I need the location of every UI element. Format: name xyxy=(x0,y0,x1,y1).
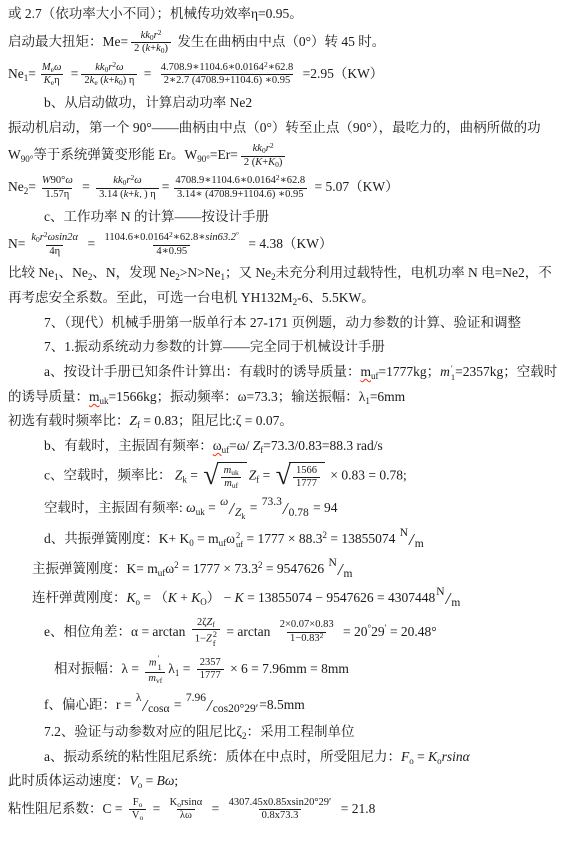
italic-variable: kk xyxy=(95,62,104,73)
formula-n: N=k0r2ωsin2α4η = 1104.6∗0.01642∗62.8∗sin… xyxy=(4,232,572,258)
step-b-loaded-frequency: b、有载时，主振固有频率：ωuf=ω/ Zf=73.3/0.83=88.3 ra… xyxy=(4,437,572,456)
w90-energy: W90°等于系统弹簧变形能 Er。W90°=Er=kk0r22 (K+K0) xyxy=(4,143,572,169)
fraction-denominator: 2ke (k+k0) η xyxy=(81,74,137,88)
fraction: kk0r2ω2ke (k+k0) η xyxy=(81,62,137,88)
italic-variable: F xyxy=(401,749,409,764)
italic-variable: ω xyxy=(134,175,141,186)
slanted-numerator: ω xyxy=(220,495,228,511)
spellcheck-underline: ωuf xyxy=(213,438,229,453)
italic-variable: ω xyxy=(220,496,228,508)
subscript: uf xyxy=(371,371,379,381)
fraction-denominator: 3.14∗ (4708.9+1104.6) ∗0.95 xyxy=(174,188,307,202)
slanted-fraction: 73.3/0.78 xyxy=(262,497,309,520)
subscript: 2 xyxy=(175,272,180,282)
formula-ne1: Ne1=MeωKeη =kk0r2ω2ke (k+k0) η = 4.708.9… xyxy=(4,62,572,88)
italic-variable: K xyxy=(191,590,200,605)
italic-variable: sin63.2 xyxy=(205,232,236,243)
fraction-denominator: 2∗2.7 (4708.9+1104.6) ∗0.95 xyxy=(161,74,294,88)
slanted-numerator: 73.3 xyxy=(262,495,282,511)
fraction-denominator: muf xyxy=(221,477,241,491)
efficiency-note: 或 2.7（依功率大小不同）；机械传功效率η=0.95。 xyxy=(4,5,572,24)
stacked-sub: 1 xyxy=(158,663,162,672)
step-d-resonance-stiffness: d、共振弹簧刚度：K+ K0 = mufω2uf = 1777 × 88.32 … xyxy=(4,528,572,551)
italic-variable: kk xyxy=(141,30,150,41)
slanted-fraction: N/m xyxy=(400,528,424,551)
fraction-numerator: Meω xyxy=(39,62,65,75)
connecting-rod-stiffness: 连杆弹黄刚度：Ko = （K + KO） − K = 13855074 − 95… xyxy=(4,587,572,610)
slanted-denominator: cos20°29′ xyxy=(213,702,258,718)
section-7-heading: 7、（现代）机械手册第一版单行本 27-171 页例题，动力参数的计算、验证和调… xyxy=(4,314,572,333)
spellcheck-underline: muf xyxy=(361,364,379,379)
slanted-fraction: N/m xyxy=(436,587,460,610)
italic-variable: K xyxy=(44,75,51,86)
subscript: uf xyxy=(158,568,166,578)
slanted-denominator: m xyxy=(415,537,424,553)
slanted-denominator: Zk xyxy=(235,506,245,522)
startup-description: 振动机启动，第一个 90°——曲柄由中点（0°）转至止点（90°），最吃力的，曲… xyxy=(4,119,572,138)
subscript: 1 xyxy=(220,272,225,282)
fraction-denominator: 1777 xyxy=(197,669,224,683)
subscript: 0 xyxy=(119,78,123,87)
superscript: 2 xyxy=(270,141,274,150)
italic-variable: ω xyxy=(186,500,196,515)
subscript: 2 xyxy=(293,297,298,307)
slanted-numerator: N xyxy=(400,526,408,542)
step-c-unloaded-ratio: c、空载时，频率比： Zk = √mukmufZf = √15661777 × … xyxy=(4,462,572,491)
subscript: 0 xyxy=(189,538,194,548)
comparison-1: 比较 Ne1、Ne2、N，发现 Ne2>N>Ne1；又 Ne2未充分利用过载特性… xyxy=(4,264,572,283)
subscript: 90° xyxy=(197,154,210,164)
fraction-denominator: 1777 xyxy=(293,477,320,491)
fraction-numerator: 1566 xyxy=(293,465,320,478)
subscript: 0 xyxy=(275,160,279,169)
italic-variable: Bω xyxy=(157,773,175,788)
italic-variable: M xyxy=(42,62,51,73)
fraction-numerator: Fo xyxy=(130,797,146,810)
subscript: f xyxy=(137,420,140,430)
fraction: 23571777 xyxy=(197,657,224,683)
fraction-numerator: kk0r2ω xyxy=(92,62,126,75)
stacked-sub: f xyxy=(213,639,216,648)
slanted-numerator: N xyxy=(329,556,337,572)
fraction: Korsinαλω xyxy=(167,797,206,823)
italic-variable: k xyxy=(104,75,109,86)
subscript: o xyxy=(409,756,414,766)
subscript: 1 xyxy=(365,396,370,406)
stacked-supsub: ′1 xyxy=(451,364,455,382)
subscript: f xyxy=(256,474,259,484)
italic-variable: Z xyxy=(130,413,138,428)
subscript: o xyxy=(139,800,143,809)
fraction-denominator: 4∗0.95 xyxy=(153,245,190,259)
formula-ne2: Ne2=W90°ω1.57η = kk0r2ω3.14 (k+k．) η=470… xyxy=(4,175,572,201)
superscript: 2 xyxy=(320,631,324,640)
fraction: 2×0.07×0.831−0.832 xyxy=(277,619,337,645)
superscript: ° xyxy=(367,622,371,632)
subscript: O xyxy=(200,597,207,607)
italic-variable: rsinα xyxy=(442,749,470,764)
superscript: 2 xyxy=(258,560,263,570)
subscript: uf xyxy=(222,445,230,455)
fraction-numerator: 1104.6∗0.01642∗62.8∗sin63.2° xyxy=(101,232,242,245)
fraction: kk0r22 (k+k0) xyxy=(131,30,171,56)
superscript: 2 xyxy=(174,560,179,570)
superscript: ′ xyxy=(385,622,387,632)
comparison-2: 再考虑安全系数。至此，可选一台电机 YH132M2-6、5.5KW。 xyxy=(4,289,572,308)
slanted-denominator: 0.78 xyxy=(289,506,309,522)
superscript: 2 xyxy=(169,230,173,239)
fraction-numerator: Korsinα xyxy=(167,797,206,810)
fraction: m′1mvf xyxy=(145,654,165,685)
fraction: kk0r22 (K+K0) xyxy=(241,143,286,169)
subscript: o xyxy=(136,597,141,607)
fraction-numerator: W90°ω xyxy=(39,175,76,188)
italic-variable: Z xyxy=(206,634,212,645)
stacked-supsub: ′1 xyxy=(158,654,162,672)
subscript: f xyxy=(260,445,263,455)
fraction-denominator: 1−0.832 xyxy=(287,632,326,646)
subscript: 0 xyxy=(161,46,165,55)
fraction-numerator: kk0r2 xyxy=(250,143,277,156)
slanted-fraction: 7.96/cos20°29′ xyxy=(186,694,258,717)
fraction-denominator: 1.57η xyxy=(42,188,72,202)
fraction: 4307.45x0.85xsin20°29′0.8x73.3 xyxy=(226,797,335,823)
fraction-denominator: Keη xyxy=(41,74,63,88)
fraction-numerator: 2ζZf xyxy=(194,617,218,630)
unloaded-natural-frequency: 空载时，主振固有频率: ωuk = ω/Zk = 73.3/0.78 = 94 xyxy=(4,497,572,520)
subscript: k xyxy=(241,512,245,521)
fraction-denominator: 0.8x73.3 xyxy=(259,809,302,823)
subscript: o xyxy=(177,800,181,809)
mass-velocity: 此时质体运动速度：Vo = Bω; xyxy=(4,772,572,791)
sqrt-radical: √mukmuf xyxy=(203,462,246,491)
fraction-numerator: 2357 xyxy=(197,657,224,670)
step-c-heading: c、工作功率 N 的计算——按设计手册 xyxy=(4,208,572,227)
given-conditions-1: a、按设计手册已知条件计算出：有载时的诱导质量：muf=1777kg；m′1=2… xyxy=(4,363,572,382)
fraction-numerator: 4307.45x0.85xsin20°29′ xyxy=(226,797,335,810)
slanted-fraction: ω/Zk xyxy=(220,497,245,520)
section-7-2-heading: 7.2、验证与动参数对应的阻尼比ζ2：采用工程制单位 xyxy=(4,723,572,742)
stacked-supsub: 2uf xyxy=(236,531,243,549)
italic-variable: m xyxy=(148,673,156,684)
subscript: vf xyxy=(156,676,162,685)
fraction-numerator: 4708.9∗1104.6∗0.01642∗62.8 xyxy=(172,175,308,188)
subscript: 2 xyxy=(242,731,247,741)
subscript: uf xyxy=(219,538,227,548)
step-f-eccentricity: f、偏心距：r = λ/cosα = 7.96/cos20°29′=8.5mm xyxy=(4,694,572,717)
subscript: 1 xyxy=(54,272,59,282)
document-body: 或 2.7（依功率大小不同）；机械传功效率η=0.95。启动最大扭矩：Me=kk… xyxy=(4,5,572,823)
document-page: 或 2.7（依功率大小不同）；机械传功效率η=0.95。启动最大扭矩：Me=kk… xyxy=(0,0,578,868)
fraction: k0r2ωsin2α4η xyxy=(28,232,81,258)
fraction-denominator: 2 (K+K0) xyxy=(241,156,286,170)
fraction: 1104.6∗0.01642∗62.8∗sin63.2°4∗0.95 xyxy=(101,232,242,258)
step-e-phase-angle: e、相位角差：α = arctan 2ζZf1−Z2f = arctan 2×0… xyxy=(4,617,572,648)
italic-variable: k xyxy=(124,189,129,200)
italic-variable: k xyxy=(145,43,150,54)
subscript: 2 xyxy=(271,272,276,282)
italic-variable: K xyxy=(127,590,136,605)
superscript: 2 xyxy=(276,173,280,182)
fraction: FoVo xyxy=(129,797,146,823)
subscript: o xyxy=(138,780,143,790)
slanted-denominator: m xyxy=(451,596,460,612)
italic-variable: m xyxy=(440,364,450,379)
sqrt-radical: √15661777 xyxy=(276,462,325,491)
fraction: kk0r2ω3.14 (k+k．) η xyxy=(96,175,159,201)
italic-variable: ω xyxy=(54,62,61,73)
superscript: ° xyxy=(236,230,239,239)
italic-variable: K xyxy=(235,590,244,605)
subscript: f xyxy=(212,620,215,629)
fraction-slash: / xyxy=(229,497,234,520)
italic-variable: W xyxy=(42,175,51,186)
slanted-numerator: N xyxy=(436,585,444,601)
italic-variable: K xyxy=(255,157,262,168)
stacked-sub: 1 xyxy=(451,373,455,382)
slanted-fraction: N/m xyxy=(329,558,353,581)
fraction-numerator: kk0r2 xyxy=(138,30,165,43)
subscript: uf xyxy=(232,481,238,490)
italic-variable: ω xyxy=(65,175,72,186)
fraction-numerator: k0r2ωsin2α xyxy=(28,232,81,245)
fraction: W90°ω1.57η xyxy=(39,175,76,201)
fraction: 2ζZf1−Z2f xyxy=(192,617,220,648)
fraction: MeωKeη xyxy=(39,62,65,88)
italic-variable: k xyxy=(134,189,139,200)
italic-variable: kk xyxy=(253,143,262,154)
fraction-numerator: muk xyxy=(221,465,242,478)
fraction-slash: / xyxy=(338,558,343,581)
relative-amplitude: 相对振幅：λ = m′1mvfλ1 = 23571777 × 6 = 7.96m… xyxy=(4,654,572,685)
fraction-numerator: 4.708.9∗1104.6∗0.01642∗62.8 xyxy=(158,62,296,75)
subscript: uk xyxy=(231,468,239,477)
fraction-denominator: λω xyxy=(177,809,195,823)
subscript: e xyxy=(94,78,97,87)
subscript: 1 xyxy=(24,73,29,83)
damping-force: a、振动系统的粘性阻尼系统：质体在中点时，所受阻尼力：Fo = Korsinα xyxy=(4,748,572,767)
italic-variable: ω xyxy=(116,62,123,73)
slanted-fraction: λ/cosα xyxy=(136,694,170,717)
fraction-slash: / xyxy=(409,528,414,551)
stacked-supsub: 2f xyxy=(213,630,217,648)
starting-max-torque: 启动最大扭矩：Me=kk0r22 (k+k0) 发生在曲柄由中点（0°）转 45… xyxy=(4,30,572,56)
given-conditions-2: 的诱导质量：muk=1566kg；振动频率：ω=73.3；输送振幅：λ1=6mm xyxy=(4,388,572,407)
initial-ratios: 初选有载时频率比：Zf = 0.83；阻尼比:ζ = 0.07。 xyxy=(4,412,572,431)
fraction: 4708.9∗1104.6∗0.01642∗62.83.14∗ (4708.9+… xyxy=(172,175,308,201)
subscript: k xyxy=(182,474,187,484)
radicand: mukmuf xyxy=(217,462,247,491)
subscript: uk xyxy=(100,396,109,406)
radicand: 15661777 xyxy=(289,462,325,491)
subscript: 90° xyxy=(21,154,34,164)
italic-variable: ωsin2α xyxy=(48,232,78,243)
fraction: 4.708.9∗1104.6∗0.01642∗62.82∗2.7 (4708.9… xyxy=(158,62,296,88)
italic-variable: m xyxy=(224,478,232,489)
viscous-damping-coefficient: 粘性阻尼系数：C = FoVo = Korsinαλω = 4307.45x0.… xyxy=(4,797,572,823)
main-spring-stiffness: 主振弹簧刚度：K= mufω2 = 1777 × 73.32 = 9547626… xyxy=(4,558,572,581)
fraction-slash: / xyxy=(283,497,288,520)
spellcheck-underline: muk xyxy=(89,389,109,404)
slanted-denominator: m xyxy=(344,567,353,583)
italic-variable: m xyxy=(149,657,157,668)
fraction-denominator: mvf xyxy=(145,672,165,686)
section-7-1-heading: 7、1.振动系统动力参数的计算——完全同于机械设计手册 xyxy=(4,338,572,357)
superscript: 2 xyxy=(264,60,268,69)
slanted-numerator: 7.96 xyxy=(186,691,206,707)
italic-variable: K xyxy=(428,749,437,764)
fraction-numerator: 2×0.07×0.83 xyxy=(277,619,337,632)
subscript: 1 xyxy=(175,668,180,678)
step-b-heading: b、从启动做功，计算启动功率 Ne2 xyxy=(4,94,572,113)
fraction-denominator: 3.14 (k+k．) η xyxy=(96,188,159,202)
fraction-denominator: 4η xyxy=(46,245,63,259)
fraction-slash: / xyxy=(207,694,212,717)
fraction-denominator: 1−Z2f xyxy=(192,629,220,648)
italic-variable: K xyxy=(168,590,177,605)
stacked-sub: uf xyxy=(236,540,243,549)
superscript: 2 xyxy=(322,530,327,540)
fraction: mukmuf xyxy=(221,465,242,491)
slanted-numerator: λ xyxy=(136,691,142,707)
fraction-slash: / xyxy=(142,694,147,717)
fraction-denominator: Vo xyxy=(129,809,146,823)
fraction: 15661777 xyxy=(293,465,320,491)
fraction-numerator: kk0r2ω xyxy=(110,175,144,188)
superscript: 2 xyxy=(158,28,162,37)
subscript: 2 xyxy=(24,187,29,197)
subscript: 2 xyxy=(88,272,93,282)
fraction-slash: / xyxy=(446,587,451,610)
fraction-denominator: 2 (k+k0) xyxy=(131,42,171,56)
subscript: uk xyxy=(196,507,205,517)
italic-variable: kk xyxy=(113,175,122,186)
fraction-numerator: m′1 xyxy=(146,654,165,672)
subscript: o xyxy=(139,813,143,822)
subscript: e xyxy=(51,78,54,87)
italic-variable: V xyxy=(130,773,138,788)
slanted-denominator: cosα xyxy=(148,702,169,718)
